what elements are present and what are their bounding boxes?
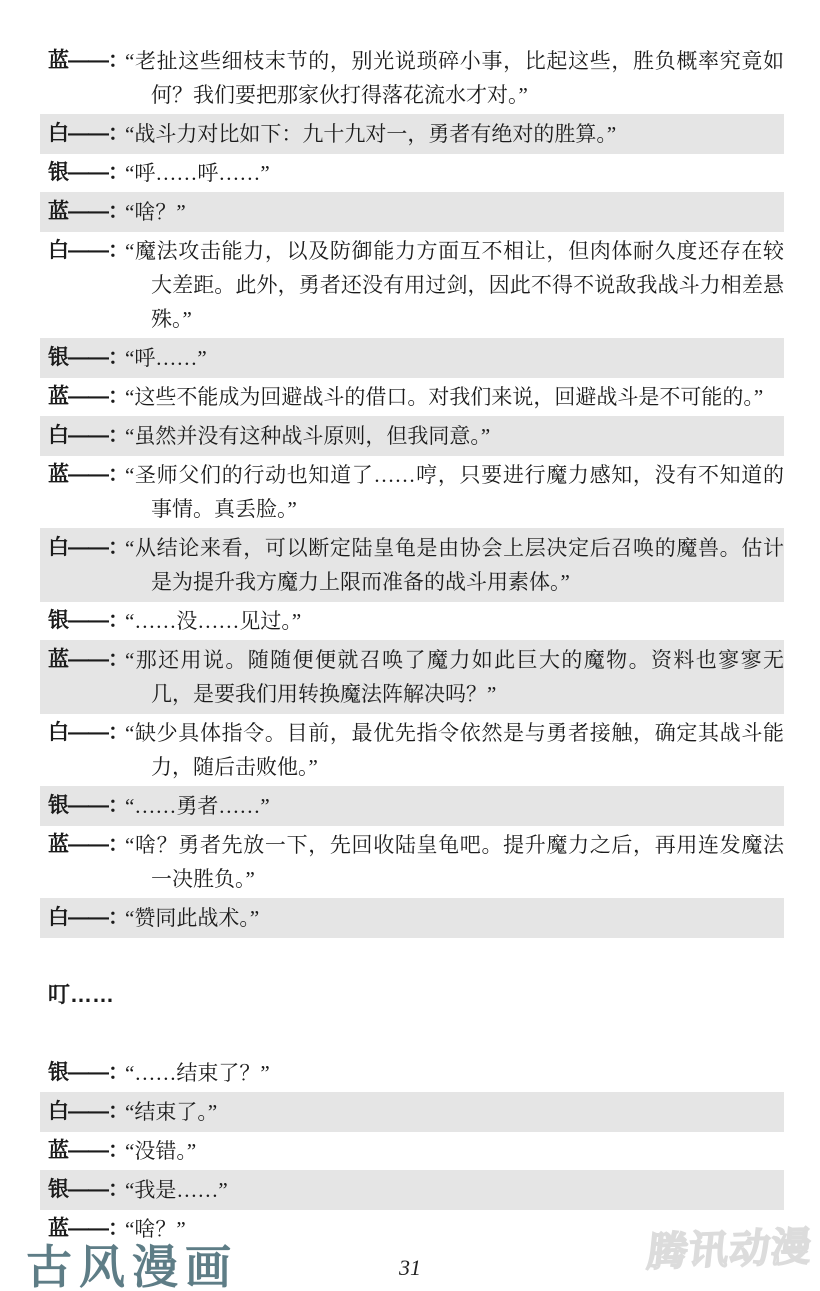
speaker-label: 白——： [48, 1095, 125, 1129]
dialogue-row: 蓝——： “老扯这些细枝末节的，别光说琐碎小事，比起这些，胜负概率究竟如何？我们… [40, 44, 784, 112]
dialogue-text: “那还用说。随随便便就召唤了魔力如此巨大的魔物。资料也寥寥无几，是要我们用转换魔… [125, 643, 784, 711]
speaker-label: 蓝——： [48, 380, 125, 414]
dialogue-row: 蓝——： “圣师父们的行动也知道了……哼，只要进行魔力感知，没有不知道的事情。真… [40, 458, 784, 526]
dialogue-row: 银——： “……勇者……” [40, 786, 784, 826]
dialogue-text: “……勇者……” [125, 789, 784, 823]
dialogue-text: “我是……” [125, 1173, 784, 1207]
dialogue-row: 白——： “结束了。” [40, 1092, 784, 1132]
dialogue-text: “啥？勇者先放一下，先回收陆皇龟吧。提升魔力之后，再用连发魔法一决胜负。” [125, 828, 784, 896]
speaker-label: 蓝——： [48, 44, 125, 78]
dialogue-row: 银——： “我是……” [40, 1170, 784, 1210]
dialogue-text: “赞同此战术。” [125, 901, 784, 935]
speaker-label: 银——： [48, 1056, 125, 1090]
dialogue-row: 白——： “缺少具体指令。目前，最优先指令依然是与勇者接触，确定其战斗能力，随后… [40, 716, 784, 784]
page-content: 蓝——： “老扯这些细枝末节的，别光说琐碎小事，比起这些，胜负概率究竟如何？我们… [0, 0, 820, 1246]
dialogue-row: 白——： “魔法攻击能力，以及防御能力方面互不相让，但肉体耐久度还存在较大差距。… [40, 234, 784, 336]
dialogue-row: 白——： “虽然并没有这种战斗原则，但我同意。” [40, 416, 784, 456]
dialogue-text: “从结论来看，可以断定陆皇龟是由协会上层决定后召唤的魔兽。估计是为提升我方魔力上… [125, 531, 784, 599]
speaker-label: 白——： [48, 531, 125, 565]
dialogue-row: 白——： “从结论来看，可以断定陆皇龟是由协会上层决定后召唤的魔兽。估计是为提升… [40, 528, 784, 602]
dialogue-text: “没错。” [125, 1134, 784, 1168]
watermark-tencent-comics: 腾讯动漫 [645, 1215, 816, 1278]
dialogue-row: 银——： “呼……” [40, 338, 784, 378]
dialogue-text: “……没……见过。” [125, 604, 784, 638]
narration-line: 叮…… [48, 978, 784, 1012]
dialogue-text: “缺少具体指令。目前，最优先指令依然是与勇者接触，确定其战斗能力，随后击败他。” [125, 716, 784, 784]
speaker-label: 银——： [48, 1173, 125, 1207]
dialogue-list-part1: 蓝——： “老扯这些细枝末节的，别光说琐碎小事，比起这些，胜负概率究竟如何？我们… [0, 44, 820, 938]
dialogue-row: 银——： “呼……呼……” [40, 156, 784, 190]
speaker-label: 白——： [48, 901, 125, 935]
speaker-label: 白——： [48, 419, 125, 453]
dialogue-row: 银——： “……没……见过。” [40, 604, 784, 638]
dialogue-text: “呼……呼……” [125, 156, 784, 190]
speaker-label: 银——： [48, 604, 125, 638]
dialogue-text: “……结束了？” [125, 1056, 784, 1090]
dialogue-text: “魔法攻击能力，以及防御能力方面互不相让，但肉体耐久度还存在较大差距。此外，勇者… [125, 234, 784, 336]
speaker-label: 蓝——： [48, 643, 125, 677]
speaker-label: 银——： [48, 341, 125, 375]
speaker-label: 白——： [48, 716, 125, 750]
speaker-label: 白——： [48, 117, 125, 151]
speaker-label: 银——： [48, 789, 125, 823]
dialogue-text: “这些不能成为回避战斗的借口。对我们来说，回避战斗是不可能的。” [125, 380, 784, 414]
dialogue-row: 蓝——： “这些不能成为回避战斗的借口。对我们来说，回避战斗是不可能的。” [40, 380, 784, 414]
dialogue-row: 蓝——： “那还用说。随随便便就召唤了魔力如此巨大的魔物。资料也寥寥无几，是要我… [40, 640, 784, 714]
dialogue-text: “战斗力对比如下：九十九对一，勇者有绝对的胜算。” [125, 117, 784, 151]
speaker-label: 白——： [48, 234, 125, 268]
dialogue-row: 蓝——： “没错。” [40, 1134, 784, 1168]
dialogue-text: “啥？” [125, 195, 784, 229]
dialogue-row: 蓝——： “啥？勇者先放一下，先回收陆皇龟吧。提升魔力之后，再用连发魔法一决胜负… [40, 828, 784, 896]
dialogue-text: “呼……” [125, 341, 784, 375]
dialogue-list-part2: 银——： “……结束了？” 白——： “结束了。” 蓝——： “没错。” 银——… [0, 1056, 820, 1246]
dialogue-row: 蓝——： “啥？” [40, 192, 784, 232]
dialogue-row: 银——： “……结束了？” [40, 1056, 784, 1090]
speaker-label: 蓝——： [48, 458, 125, 492]
dialogue-text: “虽然并没有这种战斗原则，但我同意。” [125, 419, 784, 453]
dialogue-row: 白——： “赞同此战术。” [40, 898, 784, 938]
dialogue-text: “圣师父们的行动也知道了……哼，只要进行魔力感知，没有不知道的事情。真丢脸。” [125, 458, 784, 526]
script-document-page: { "colors": { "highlight_row": "#e5e5e5"… [0, 0, 820, 1291]
speaker-label: 蓝——： [48, 195, 125, 229]
speaker-label: 银——： [48, 156, 125, 190]
dialogue-text: “结束了。” [125, 1095, 784, 1129]
dialogue-text: “老扯这些细枝末节的，别光说琐碎小事，比起这些，胜负概率究竟如何？我们要把那家伙… [125, 44, 784, 112]
speaker-label: 蓝——： [48, 1134, 125, 1168]
dialogue-row: 白——： “战斗力对比如下：九十九对一，勇者有绝对的胜算。” [40, 114, 784, 154]
speaker-label: 蓝——： [48, 828, 125, 862]
